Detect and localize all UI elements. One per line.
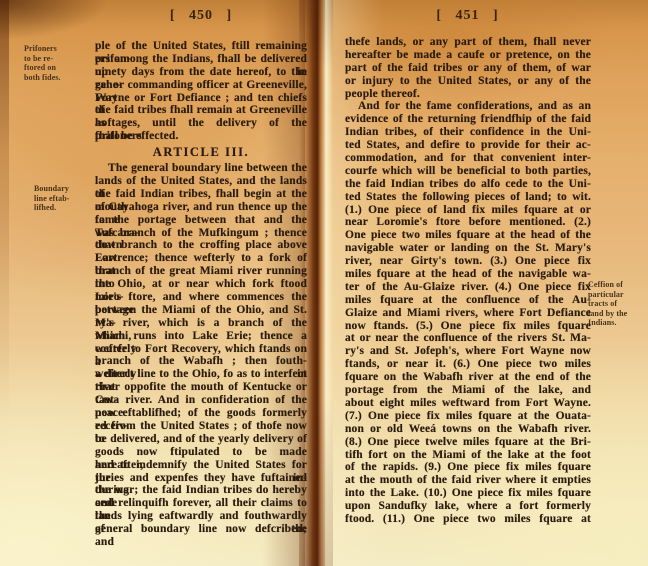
text-line: tifh fort on the Miami of the lake at th… xyxy=(345,449,591,462)
text-line: and relinquifh forever, all their claims… xyxy=(95,497,307,510)
text-line: portage from the Miami of the lake, and xyxy=(345,384,591,397)
text-line: (7.) One piece fix miles fquare at the O… xyxy=(345,410,591,423)
text-line: about eight miles weftward from Fort Way… xyxy=(345,397,591,410)
margin-note-line: line eftab- xyxy=(34,194,100,204)
text-line: part of the faid tribes or any of them, … xyxy=(345,62,591,75)
text-line: ted States the following pieces of land;… xyxy=(345,191,591,204)
text-line: be delivered, and of the yearly delivery… xyxy=(95,433,307,446)
text-line: non or old Weeá towns on the Wabafh rive… xyxy=(345,423,591,436)
text-line: the faid Indian tribes do alfo cede to t… xyxy=(345,178,591,191)
text-line: (8.) One piece twelve miles fquare at th… xyxy=(345,436,591,449)
text-line: now eftablifhed; of the goods formerly r… xyxy=(95,407,307,420)
margin-note-line: Ceffion of xyxy=(588,280,648,290)
text-line: the faid tribes fhall remain at Greenevi… xyxy=(95,104,307,117)
margin-note-line: Boundary xyxy=(34,184,100,194)
text-line: which runs into Lake Erie; thence a weft… xyxy=(95,330,307,343)
text-line: near Loromie's ftore before mentioned. (… xyxy=(345,216,591,229)
page-body-text: ple of the United States, ftill remainin… xyxy=(95,40,307,536)
text-line: ter of the Au-Glaize river. (4.) One pie… xyxy=(345,281,591,294)
text-line: between the Miami of the Ohio, and St. M… xyxy=(95,304,307,317)
page-451: [ 451 ] Ceffion ofparticulartracts oflan… xyxy=(325,0,648,566)
text-line: ral or commanding officer at Greeneville… xyxy=(95,79,307,92)
text-line: navigable water or landing on the St. Ma… xyxy=(345,242,591,255)
page-body-text: thefe lands, or any part of them, fhall … xyxy=(345,36,591,526)
margin-note-line: tracts of xyxy=(588,299,648,309)
text-line: ninety days from the date hereof, to the… xyxy=(95,66,307,79)
text-line: branch of the great Miami river running … xyxy=(95,265,307,278)
text-line: lands of the United States, and the land… xyxy=(95,175,307,188)
text-line: miles fquare at the confluence of the Au… xyxy=(345,294,591,307)
text-line: ers among the Indians, fhall be delivere… xyxy=(95,53,307,66)
text-line: at or near the confluence of the rivers … xyxy=(345,332,591,345)
text-line: juries and expenfes they have fuftained … xyxy=(95,472,307,485)
text-line: hoftages, until the delivery of the prif… xyxy=(95,117,307,130)
text-line: and to indemnify the United States for t… xyxy=(95,459,307,472)
page-number: [ 451 ] xyxy=(345,8,590,24)
text-line: of Cayahoga river, and run thence up the… xyxy=(95,201,307,214)
page-450: [ 450 ] Prifonersto be re-ftored onboth … xyxy=(0,0,305,566)
text-line: commodation, and for that convenient int… xyxy=(345,152,591,165)
text-line: Wayne or Fort Defiance ; and ten chiefs … xyxy=(95,92,307,105)
text-line: upon Sandufky lake, where a fort formerl… xyxy=(345,500,591,513)
text-line: goods now ftipulated to be made hereafte… xyxy=(95,446,307,459)
text-line: miles fquare at the head of the navigabl… xyxy=(345,268,591,281)
text-line: into the Lake. (10.) One piece fix miles… xyxy=(345,487,591,500)
text-line: the war; the faid Indian tribes do hereb… xyxy=(95,484,307,497)
text-line: a direct line to the Ohio, fo as to inte… xyxy=(95,368,307,381)
text-line: Glaize and Miami rivers, where Fort Defi… xyxy=(345,307,591,320)
text-line: lands lying eaftwardly and fouthwardly o… xyxy=(95,510,307,523)
text-line: ftands, or near it. (6.) One piece two m… xyxy=(345,358,591,371)
text-line: of the rapids. (9.) One piece fix miles … xyxy=(345,461,591,474)
text-line: Indian tribes, of their confidence in th… xyxy=(345,126,591,139)
text-line: the faid Indian tribes, fhall begin at t… xyxy=(95,188,307,201)
text-line: ple of the United States, ftill remainin… xyxy=(95,40,307,53)
margin-note-line: Prifoners xyxy=(24,44,96,54)
text-line: ftood. (11.) One piece two miles fquare … xyxy=(345,513,591,526)
text-line: to the portage between that and the Tufc… xyxy=(95,214,307,227)
text-line: tawa river. And in confideration of the … xyxy=(95,394,307,407)
margin-note-line: land by the xyxy=(588,309,648,319)
margin-note-prisoners: Prifonersto be re-ftored onboth fides. xyxy=(24,44,96,82)
text-line: or injury to the United States, or any o… xyxy=(345,75,591,88)
text-line: ed from the United States ; of thofe now… xyxy=(95,420,307,433)
page-number: [ 450 ] xyxy=(95,8,335,24)
text-line: the Ohio, at or near which fork ftood Lo… xyxy=(95,278,307,291)
text-line: mie's ftore, and where commences the por… xyxy=(95,291,307,304)
text-line: The general boundary line between the xyxy=(95,162,307,175)
text-line: thefe lands, or any part of them, fhall … xyxy=(345,36,591,49)
text-line: Lawrence; thence wefterly to a fork of t… xyxy=(95,252,307,265)
margin-note-line: both fides. xyxy=(24,73,96,83)
text-line: river oppofite the mouth of Kentucke or … xyxy=(95,381,307,394)
text-line: that branch to the croffing place above … xyxy=(95,239,307,252)
margin-note-line: lifhed. xyxy=(34,203,100,213)
text-line: now ftands. (5.) One piece fix miles fqu… xyxy=(345,320,591,333)
book-scan: [ 450 ] Prifonersto be re-ftored onboth … xyxy=(0,0,648,566)
text-line: courfe which will be beneficial to both … xyxy=(345,165,591,178)
text-line: (1.) One piece of land fix miles fquare … xyxy=(345,204,591,217)
margin-note-boundary: Boundaryline eftab-lifhed. xyxy=(34,184,100,213)
text-line: ry's river, which is a branch of the Mia… xyxy=(95,317,307,330)
text-line: One piece two miles fquare at the head o… xyxy=(345,229,591,242)
text-line: river, near Girty's town. (3.) One piece… xyxy=(345,255,591,268)
margin-note-line: ftored on xyxy=(24,63,96,73)
text-line: ry's and St. Jofeph's, where Fort Wayne … xyxy=(345,345,591,358)
margin-note-cession: Ceffion ofparticulartracts ofland by the… xyxy=(588,280,648,328)
text-line: And for the fame confiderations, and as … xyxy=(345,100,591,113)
text-line: hereafter be made a caufe or pretence, o… xyxy=(345,49,591,62)
text-line: branch of the Wabafh ; then fouth-wefter… xyxy=(95,355,307,368)
margin-note-line: particular xyxy=(588,290,648,300)
text-line: fquare on the Wabafh river at the end of… xyxy=(345,371,591,384)
text-line: at the mouth of the faid river where it … xyxy=(345,474,591,487)
margin-note-line: Indians. xyxy=(588,318,648,328)
margin-note-line: to be re- xyxy=(24,54,96,64)
text-line: ted States, and defire to provide for th… xyxy=(345,139,591,152)
text-line: general boundary line now defcribed; and xyxy=(95,523,307,536)
text-line: was branch of the Mufkingum ; thence dow… xyxy=(95,227,307,240)
text-line: courfe to Fort Recovery, which ftands on… xyxy=(95,343,307,356)
text-line: evidence of the returning friendfhip of … xyxy=(345,113,591,126)
